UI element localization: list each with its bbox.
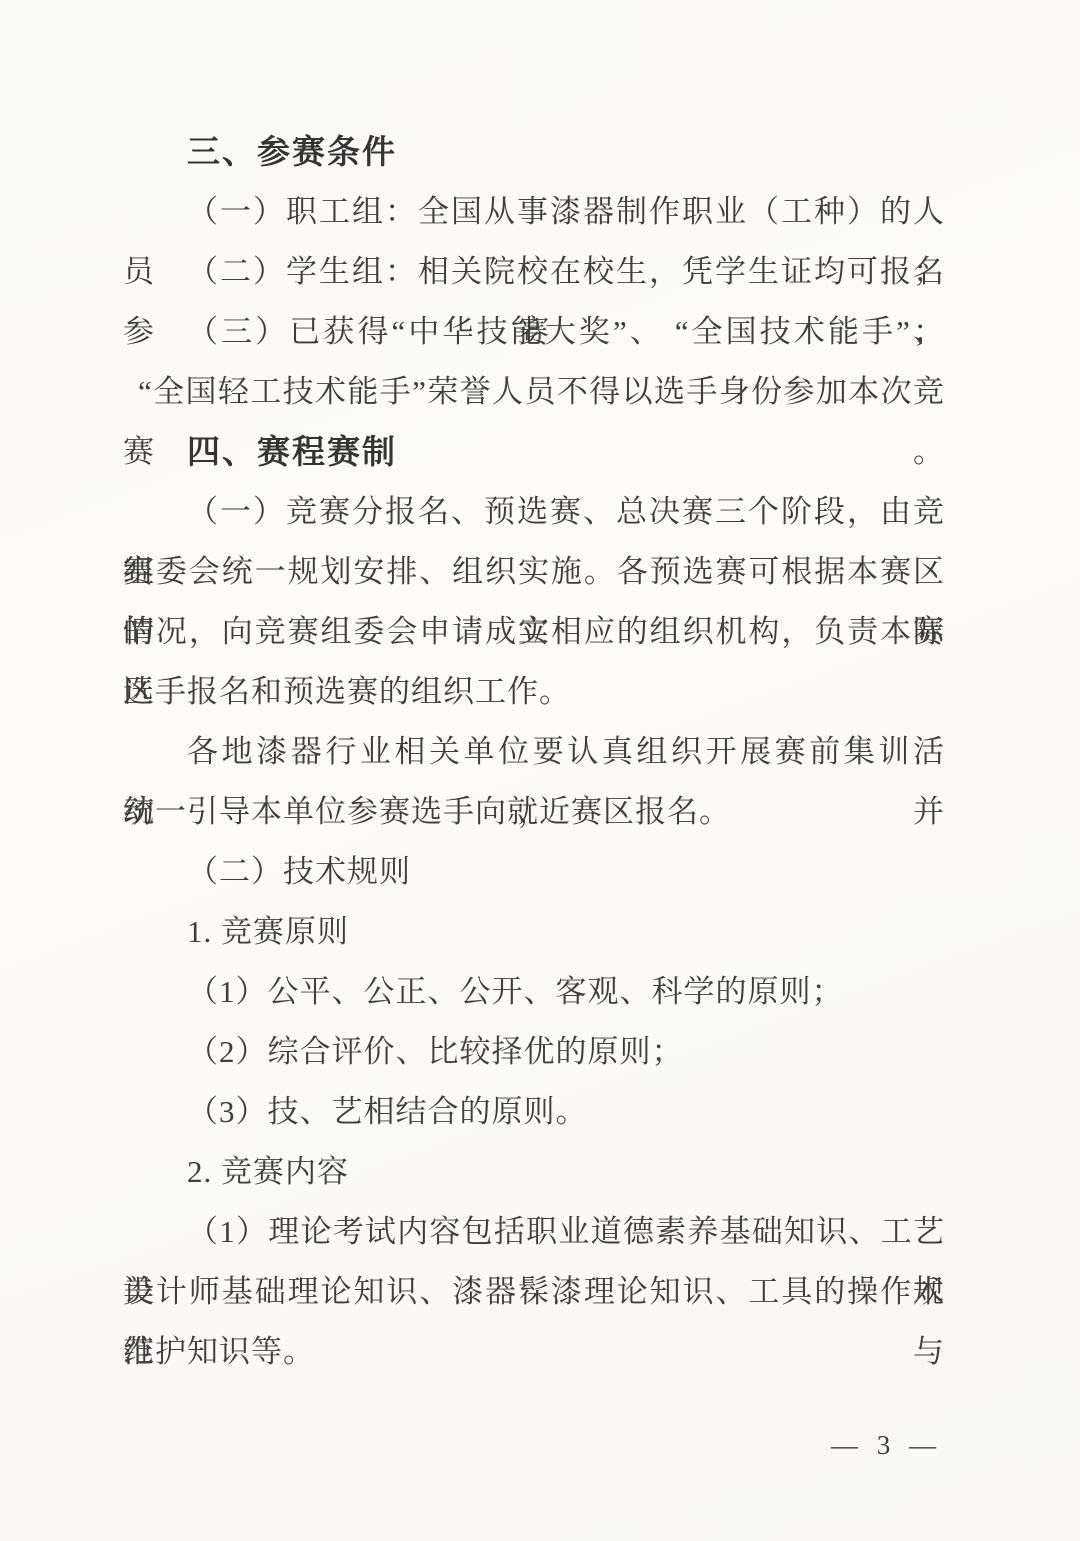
text-line: （二）学生组：相关院校在校生，凭学生证均可报名参赛； xyxy=(123,242,945,302)
text-line: （1）理论考试内容包括职业道德素养基础知识、工艺美术 xyxy=(123,1202,945,1262)
document-page: 三、参赛条件 （一）职工组：全国从事漆器制作职业（工种）的人员； （二）学生组：… xyxy=(0,0,1080,1541)
list-item-heading: 1. 竞赛原则 xyxy=(123,902,945,962)
text-line: 组委会统一规划安排、组织实施。各预选赛可根据本赛区的实际 xyxy=(123,542,945,602)
text-line: 设计师基础理论知识、漆器髹漆理论知识、工具的操作规范与 xyxy=(123,1262,945,1322)
subsection-heading: （二）技术规则 xyxy=(123,842,945,902)
section-heading-3: 三、参赛条件 xyxy=(123,122,945,182)
list-item: （3）技、艺相结合的原则。 xyxy=(123,1082,945,1142)
document-body: 三、参赛条件 （一）职工组：全国从事漆器制作职业（工种）的人员； （二）学生组：… xyxy=(123,122,945,1382)
text-line: （一）竞赛分报名、预选赛、总决赛三个阶段，由竞赛 xyxy=(123,482,945,542)
page-number: — 3 — xyxy=(831,1430,942,1461)
text-line: 选手报名和预选赛的组织工作。 xyxy=(123,662,945,722)
text-line: 情况，向竞赛组委会申请成立相应的组织机构，负责本赛区 xyxy=(123,602,945,662)
list-item-heading: 2. 竞赛内容 xyxy=(123,1142,945,1202)
list-item: （1）公平、公正、公开、客观、科学的原则； xyxy=(123,962,945,1022)
text-line: （三）已获得“中华技能大奖”、 “全国技术能手”、 xyxy=(123,302,945,362)
text-line: “全国轻工技术能手”荣誉人员不得以选手身份参加本次竞赛。 xyxy=(123,362,945,422)
list-item: （2）综合评价、比较择优的原则； xyxy=(123,1022,945,1082)
text-line: 各地漆器行业相关单位要认真组织开展赛前集训活动，并 xyxy=(123,722,945,782)
text-line: （一）职工组：全国从事漆器制作职业（工种）的人员； xyxy=(123,182,945,242)
